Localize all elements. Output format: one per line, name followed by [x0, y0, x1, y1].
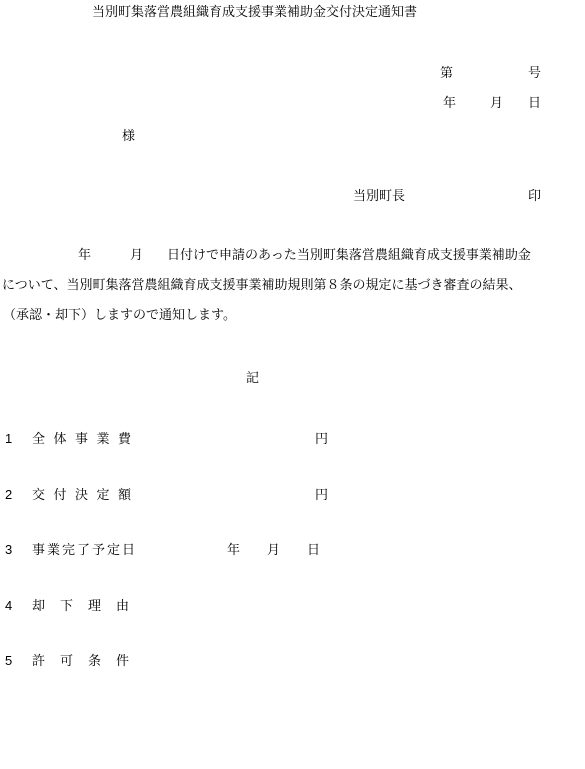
item-5-label: 許可条件: [32, 653, 144, 669]
item-4-number: 4: [5, 598, 12, 614]
document-title: 当別町集落営農組織育成支援事業補助金交付決定通知書: [92, 4, 417, 20]
sender-title: 当別町長: [353, 188, 405, 204]
item-3-month-label: 月: [267, 542, 280, 558]
header-date-day-label: 日: [528, 95, 541, 111]
body-line1-month-label: 月: [130, 247, 143, 263]
document-page: 当別町集落営農組織育成支援事業補助金交付決定通知書 第 号 年 月 日 様 当別…: [0, 0, 585, 769]
item-4-label: 却下理由: [32, 598, 144, 614]
item-1-unit-yen: 円: [315, 431, 328, 447]
item-2-unit-yen: 円: [315, 487, 328, 503]
body-line1-year-label: 年: [78, 247, 91, 263]
item-3-year-label: 年: [227, 542, 240, 558]
header-date-year-label: 年: [443, 95, 456, 111]
body-line1-text: 日付けで申請のあった当別町集落営農組織育成支援事業補助金: [167, 247, 531, 263]
seal-mark: 印: [528, 188, 541, 204]
item-1-label: 全体事業費: [32, 431, 140, 447]
doc-number-prefix: 第: [440, 65, 453, 81]
item-2-number: 2: [5, 487, 12, 503]
body-line3-text: （承認・却下）しますので通知します。: [3, 307, 236, 323]
header-date-month-label: 月: [490, 95, 503, 111]
body-line2-text: について、当別町集落営農組織育成支援事業補助規則第８条の規定に基づき審査の結果、: [2, 277, 521, 293]
item-5-number: 5: [5, 653, 12, 669]
item-1-number: 1: [5, 431, 12, 447]
item-3-label: 事業完了予定日: [32, 542, 137, 558]
doc-number-suffix: 号: [528, 65, 541, 81]
item-3-day-label: 日: [307, 542, 320, 558]
item-2-label: 交付決定額: [32, 487, 140, 503]
record-heading: 記: [246, 370, 259, 386]
addressee-honorific: 様: [122, 128, 135, 144]
item-3-number: 3: [5, 542, 12, 558]
